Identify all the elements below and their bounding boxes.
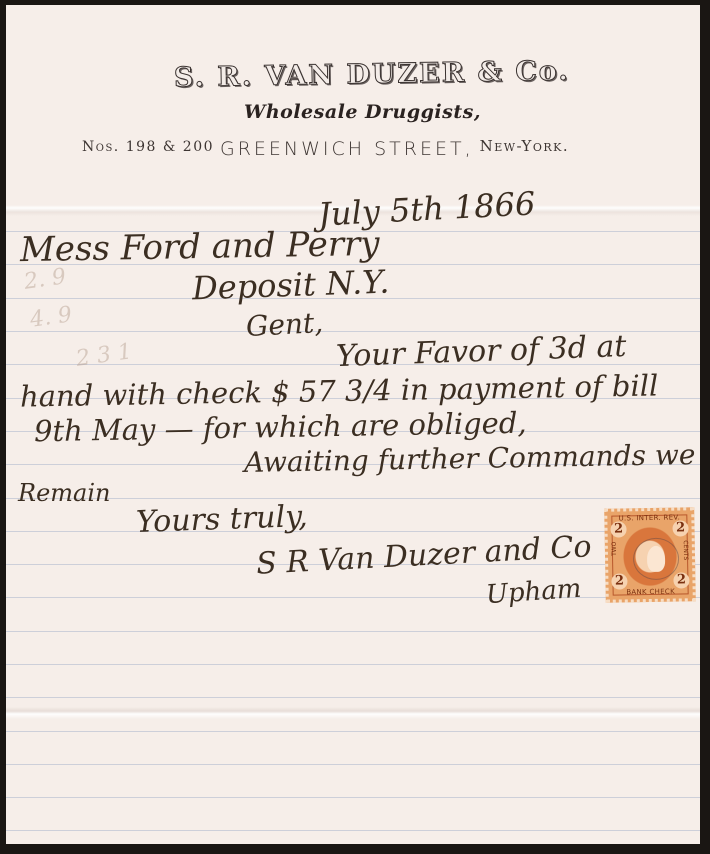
firm-address: Nos. 198 & 200 GREENWICH STREET, New-Yor… bbox=[82, 134, 569, 156]
stamp-cancellation-mark bbox=[633, 537, 680, 580]
ruled-line bbox=[6, 531, 700, 532]
ruled-line bbox=[6, 631, 700, 632]
address-city: New-York. bbox=[480, 137, 570, 155]
letter-salutation: Gent, bbox=[245, 309, 323, 341]
stamp-side-text: CENTS bbox=[682, 540, 689, 560]
ghost-mark: 2 3 1 bbox=[75, 339, 134, 372]
ruled-line bbox=[6, 697, 700, 698]
firm-name: S. R. VAN DUZER & Co. bbox=[174, 56, 570, 94]
letter-body-line: Remain bbox=[18, 481, 110, 505]
ruled-line bbox=[6, 731, 700, 732]
ruled-line bbox=[6, 830, 700, 831]
letter-body-line: hand with check $ 57 3/4 in payment of b… bbox=[20, 371, 659, 411]
address-street: GREENWICH STREET, bbox=[220, 138, 474, 160]
ruled-line bbox=[6, 797, 700, 798]
letter-body-line: Your Favor of 3d at bbox=[336, 332, 627, 372]
letter-closing: Yours truly, bbox=[136, 502, 309, 538]
letter-body-line: Awaiting further Commands we bbox=[244, 441, 696, 477]
revenue-stamp: U.S. INTER. REV. BANK CHECK TWO CENTS 2 … bbox=[604, 507, 696, 603]
stamp-side-text: TWO bbox=[611, 542, 618, 556]
ruled-line bbox=[6, 597, 700, 598]
letter-body-line: 9th May — for which are obliged, bbox=[34, 409, 527, 447]
ghost-mark: 4. 9 bbox=[28, 302, 73, 333]
letter-signature-by: Upham bbox=[485, 576, 582, 609]
letter-sheet: S. R. VAN DUZER & Co. Wholesale Druggist… bbox=[6, 5, 700, 844]
letter-addressee: Mess Ford and Perry bbox=[20, 227, 380, 267]
trade-description: Wholesale Druggists, bbox=[244, 101, 481, 123]
ruled-line bbox=[6, 764, 700, 765]
letter-location: Deposit N.Y. bbox=[192, 266, 390, 305]
address-number: Nos. 198 & 200 bbox=[82, 139, 214, 155]
ruled-line bbox=[6, 664, 700, 665]
letter-signature: S R Van Duzer and Co bbox=[255, 532, 592, 580]
